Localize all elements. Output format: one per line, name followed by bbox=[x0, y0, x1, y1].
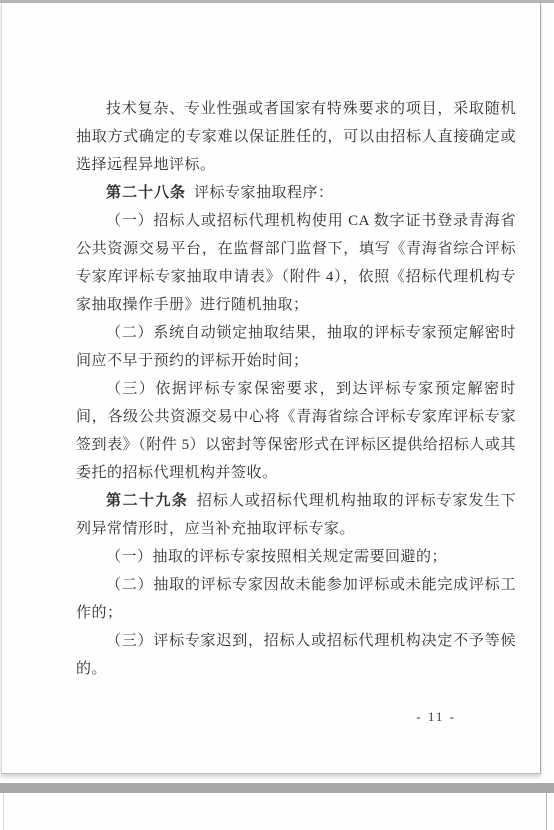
pdf-viewer-canvas: 技术复杂、专业性强或者国家有特殊要求的项目，采取随机抽取方式确定的专家难以保证胜… bbox=[0, 0, 554, 830]
paragraph: （三）评标专家迟到，招标人或招标代理机构决定不予等候的。 bbox=[76, 627, 516, 683]
document-body: 技术复杂、专业性强或者国家有特殊要求的项目，采取随机抽取方式确定的专家难以保证胜… bbox=[76, 95, 516, 683]
page-separator-band bbox=[0, 783, 554, 793]
paragraph: （一）招标人或招标代理机构使用 CA 数字证书登录青海省公共资源交易平台，在监督… bbox=[76, 207, 516, 319]
article-number: 第二十九条 bbox=[106, 493, 188, 509]
article-paragraph: 第二十九条 招标人或招标代理机构抽取的评标专家发生下列异常情形时，应当补充抽取评… bbox=[76, 487, 516, 543]
paragraph: （二）系统自动锁定抽取结果，抽取的评标专家预定解密时间应不早于预约的评标开始时间… bbox=[76, 319, 516, 375]
document-page-12-top bbox=[3, 793, 547, 830]
article-paragraph: 第二十八条 评标专家抽取程序： bbox=[76, 179, 516, 207]
paragraph: 技术复杂、专业性强或者国家有特殊要求的项目，采取随机抽取方式确定的专家难以保证胜… bbox=[76, 95, 516, 179]
paragraph: （三）依据评标专家保密要求，到达评标专家预定解密时间，各级公共资源交易中心将《青… bbox=[76, 375, 516, 487]
paragraph: （一）抽取的评标专家按照相关规定需要回避的； bbox=[76, 543, 516, 571]
page-number: - 11 - bbox=[416, 709, 456, 725]
article-number: 第二十八条 bbox=[106, 185, 186, 201]
document-page-11: 技术复杂、专业性强或者国家有特殊要求的项目，采取随机抽取方式确定的专家难以保证胜… bbox=[1, 3, 541, 774]
paragraph: （二）抽取的评标专家因故未能参加评标或未能完成评标工作的； bbox=[76, 571, 516, 627]
